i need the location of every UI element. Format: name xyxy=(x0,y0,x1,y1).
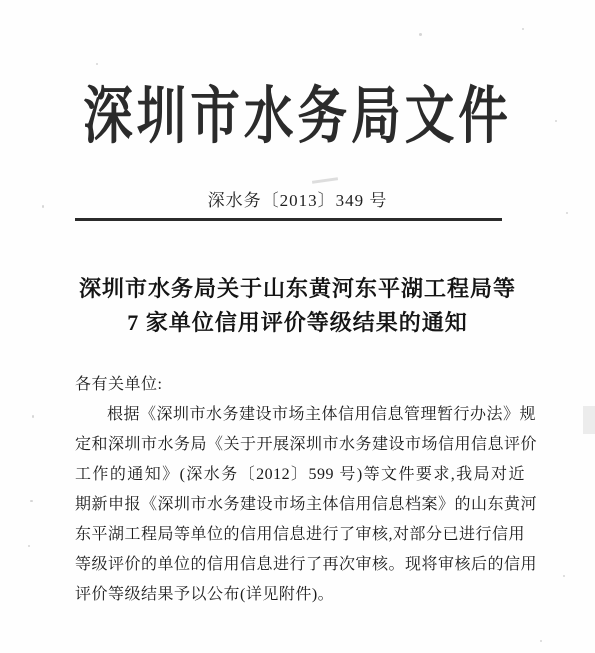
scan-speck xyxy=(32,415,34,418)
scan-speck xyxy=(522,28,524,30)
paragraph-line: 东平湖工程局等单位的信用信息进行了审核,对部分已进行信用 xyxy=(75,520,525,550)
document-title: 深圳市水务局关于山东黄河东平湖工程局等 7 家单位信用评价等级结果的通知 xyxy=(0,272,595,340)
paragraph-line: 定和深圳市水务局《关于开展深圳市水务建设市场信用信息评价 xyxy=(75,430,525,460)
scan-speck xyxy=(28,545,30,547)
paragraph-line: 工作的通知》(深水务〔2012〕599 号)等文件要求,我局对近 xyxy=(75,460,525,490)
salutation-line: 各有关单位: xyxy=(75,370,525,400)
document-title-line1: 深圳市水务局关于山东黄河东平湖工程局等 xyxy=(0,272,595,306)
scan-speck xyxy=(540,640,542,642)
document-number: 深水务〔2013〕349 号 xyxy=(0,186,595,211)
paragraph-line: 根据《深圳市水务建设市场主体信用信息管理暂行办法》规 xyxy=(75,400,525,430)
paragraph-line: 等级评价的单位的信用信息进行了再次审核。现将审核后的信用 xyxy=(75,550,525,580)
scan-edge-artifact xyxy=(583,406,595,434)
document-body: 各有关单位: 根据《深圳市水务建设市场主体信用信息管理暂行办法》规 定和深圳市水… xyxy=(75,370,525,610)
scan-speck xyxy=(96,63,98,65)
scan-speck xyxy=(30,500,33,502)
document-page: 深圳市水务局文件 深水务〔2013〕349 号 深圳市水务局关于山东黄河东平湖工… xyxy=(0,0,595,653)
scan-speck xyxy=(566,212,568,214)
scan-speck xyxy=(42,205,44,208)
paragraph-line: 评价等级结果予以公布(详见附件)。 xyxy=(75,580,525,610)
scan-speck xyxy=(563,575,565,577)
agency-masthead: 深圳市水务局文件 xyxy=(60,82,536,152)
scan-speck xyxy=(555,120,557,122)
masthead-divider-rule xyxy=(75,218,502,221)
paragraph-line: 期新申报《深圳市水务建设市场主体信用信息档案》的山东黄河 xyxy=(75,490,525,520)
document-title-line2: 7 家单位信用评价等级结果的通知 xyxy=(0,306,595,340)
scan-speck xyxy=(419,33,422,36)
scan-smudge xyxy=(312,177,338,184)
